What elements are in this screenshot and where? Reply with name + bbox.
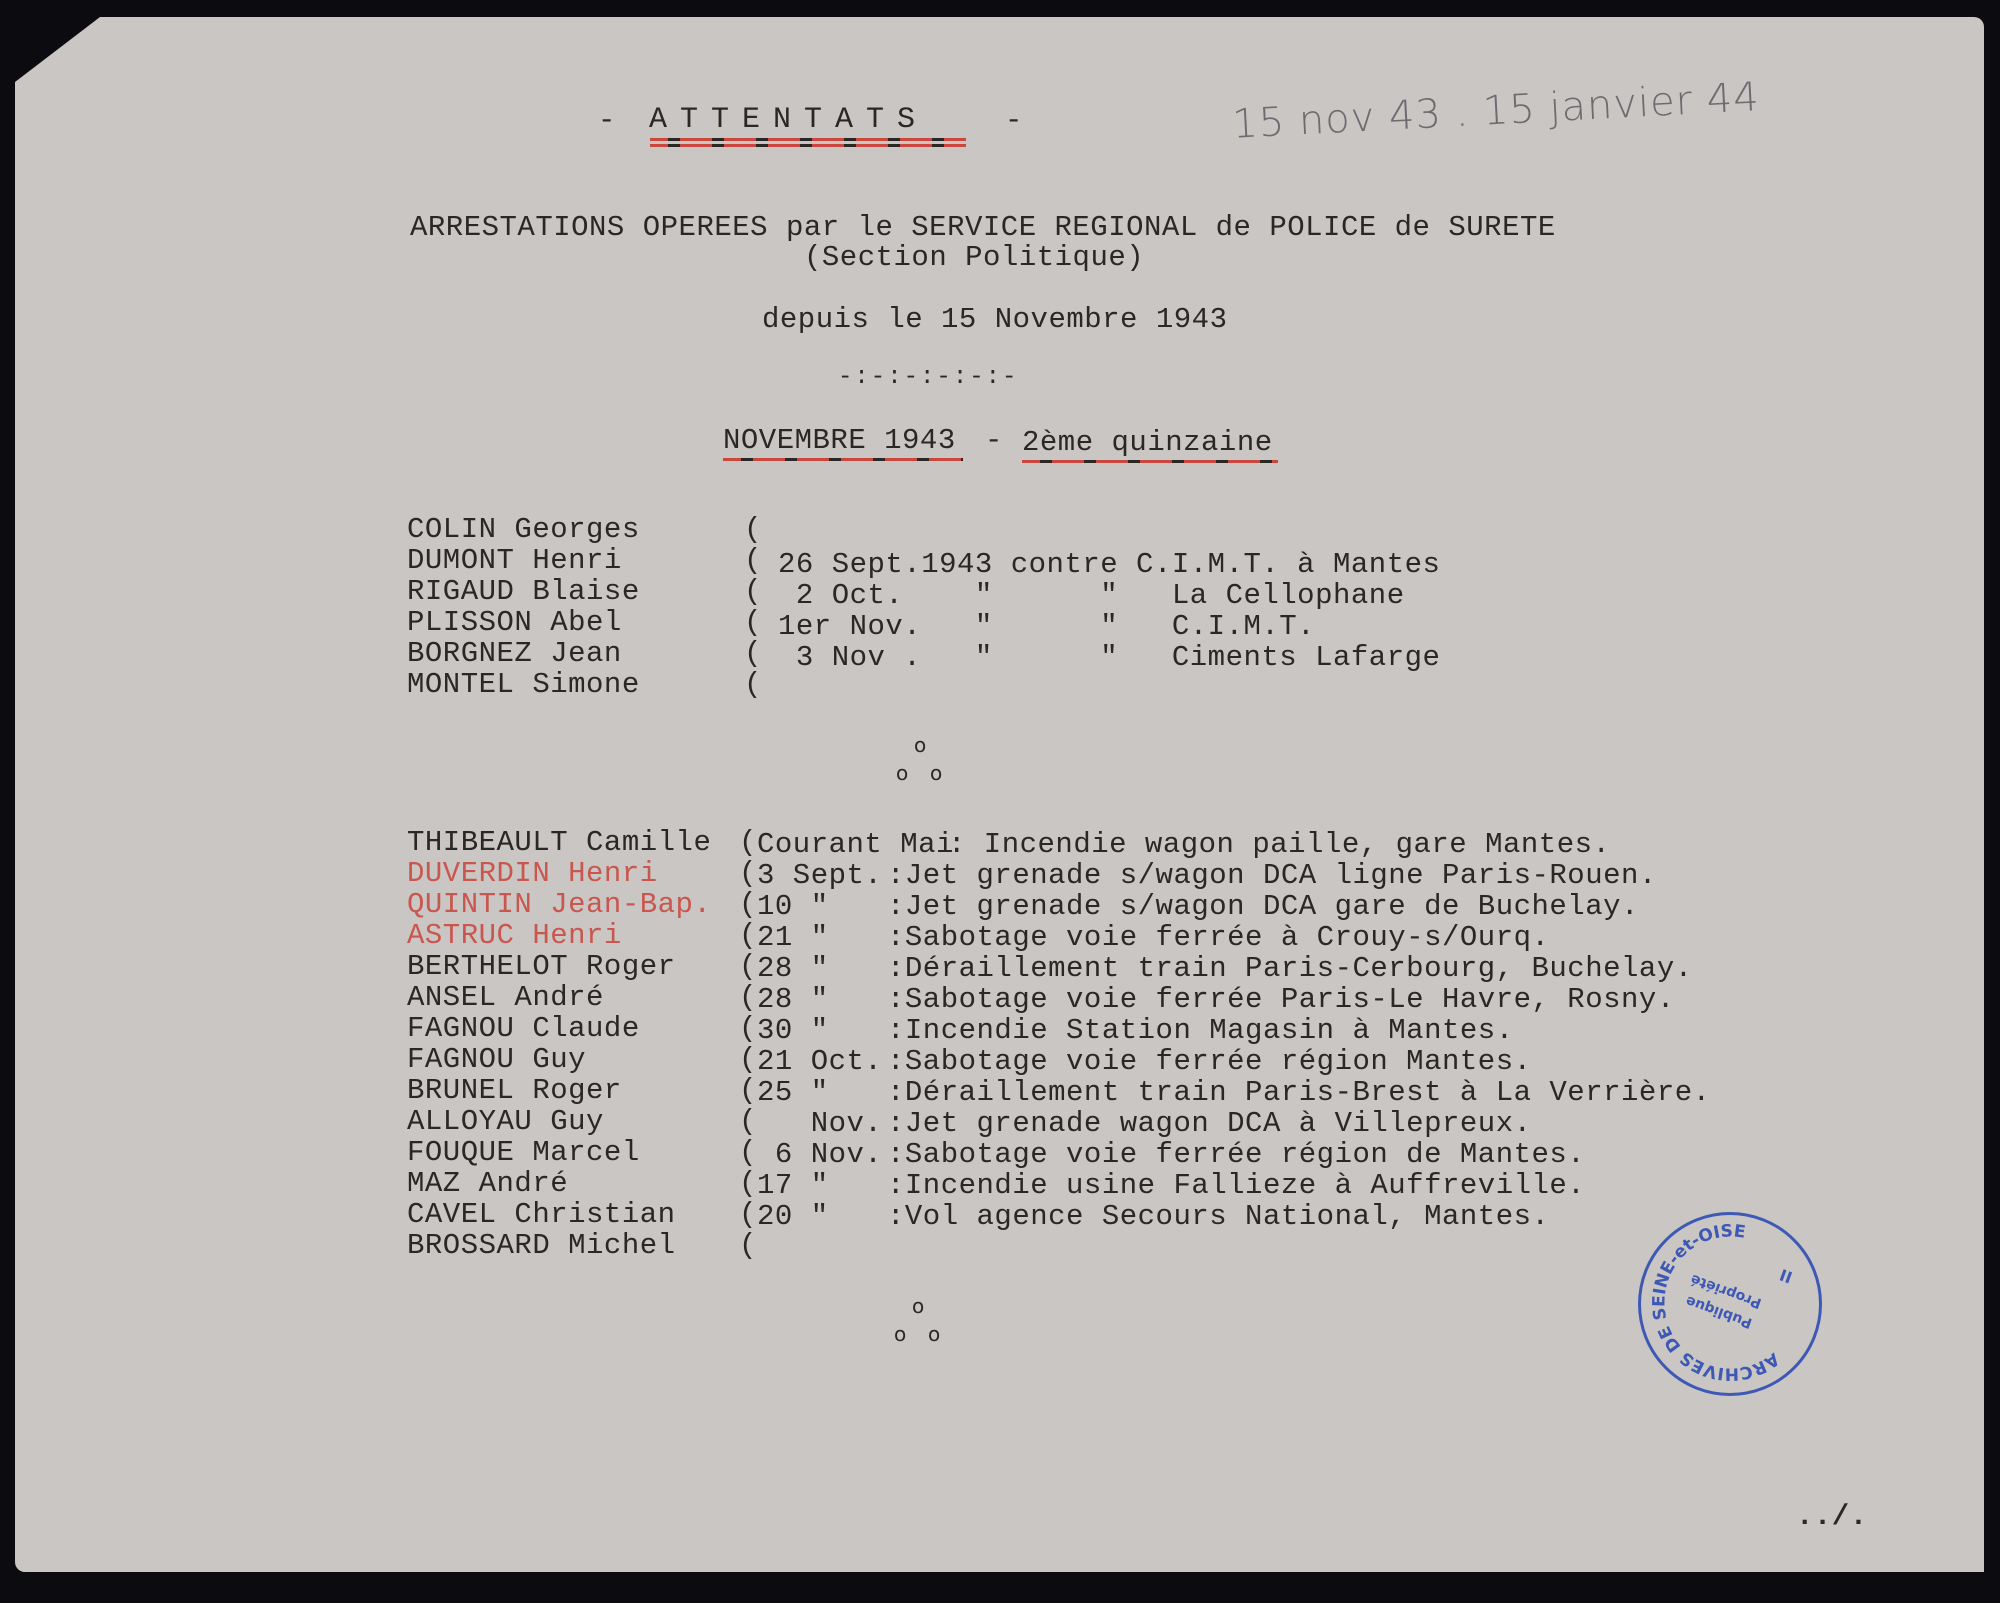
document-title: ATTENTATS xyxy=(649,105,928,135)
circle-icon: o xyxy=(928,1322,940,1346)
period-half-underline xyxy=(1022,460,1278,463)
period-month-underline xyxy=(723,458,963,461)
bracket-glyph: ( xyxy=(739,983,757,1012)
row-fact: :Incendie Station Magasin à Mantes. xyxy=(887,1016,1514,1045)
row-name: ANSEL André xyxy=(407,983,604,1012)
bracket-glyph: ( xyxy=(744,639,762,670)
archive-stamp: ARCHIVES DE SEINE-et-OISE Publique Propr… xyxy=(1638,1212,1822,1396)
group-1-name: BORGNEZ Jean xyxy=(407,639,640,670)
title-underline-2 xyxy=(650,144,966,147)
bracket-glyph: ( xyxy=(739,890,757,919)
row-date: Courant Mai xyxy=(757,830,954,859)
bracket-glyph: ( xyxy=(739,1231,757,1260)
circle-icon: o xyxy=(896,761,908,785)
bracket-glyph: ( xyxy=(739,828,757,857)
row-fact: :Incendie usine Fallieze à Auffreville. xyxy=(887,1171,1585,1200)
group-1-fact: 26 Sept.1943 contre C.I.M.T. à Mantes xyxy=(778,550,1440,581)
row-date: 20 " xyxy=(757,1202,829,1231)
row-fact: :Jet grenade s/wagon DCA gare de Buchela… xyxy=(887,892,1639,921)
bracket-glyph: ( xyxy=(739,1045,757,1074)
period-half: 2ème quinzaine xyxy=(1022,428,1273,457)
row-date: 21 Oct. xyxy=(757,1047,882,1076)
title-underline xyxy=(650,138,966,141)
row-fact: :Sabotage voie ferrée région Mantes. xyxy=(887,1047,1532,1076)
row-date: 28 " xyxy=(757,954,829,983)
row-fact: :Sabotage voie ferrée Paris-Le Havre, Ro… xyxy=(887,985,1675,1014)
group-1-brackets: ( ( ( ( ( ( xyxy=(744,515,762,701)
group-1-fact: 2 Oct. " " La Cellophane xyxy=(778,581,1440,612)
circle-icon: o xyxy=(930,761,942,785)
row-fact: :Jet grenade wagon DCA à Villepreux. xyxy=(887,1109,1532,1138)
row-date: 3 Sept. xyxy=(757,861,882,890)
row-date: 30 " xyxy=(757,1016,829,1045)
bracket-glyph: ( xyxy=(739,859,757,888)
group-1-facts: 26 Sept.1943 contre C.I.M.T. à Mantes 2 … xyxy=(778,515,1440,701)
bracket-glyph: ( xyxy=(739,1200,757,1229)
row-fact: :Déraillement train Paris-Cerbourg, Buch… xyxy=(887,954,1693,983)
group-1-fact xyxy=(778,515,1440,546)
row-date: 21 " xyxy=(757,923,829,952)
bracket-glyph: ( xyxy=(744,670,762,701)
row-fact: :Jet grenade s/wagon DCA ligne Paris-Rou… xyxy=(887,861,1657,890)
bracket-glyph: ( xyxy=(744,546,762,577)
bracket-glyph: ( xyxy=(739,1107,757,1136)
bracket-glyph: ( xyxy=(744,608,762,639)
row-name: CAVEL Christian xyxy=(407,1200,676,1229)
row-name: BROSSARD Michel xyxy=(407,1231,676,1260)
row-fact: :Vol agence Secours National, Mantes. xyxy=(887,1202,1549,1231)
row-name: FAGNOU Claude xyxy=(407,1014,640,1043)
bracket-glyph: ( xyxy=(739,1076,757,1105)
row-date: Nov. xyxy=(757,1109,882,1138)
row-name: BRUNEL Roger xyxy=(407,1076,622,1105)
row-name: QUINTIN Jean-Bap. xyxy=(407,890,711,919)
heading-line-1: ARRESTATIONS OPEREES par le SERVICE REGI… xyxy=(410,213,1556,242)
row-date: 10 " xyxy=(757,892,829,921)
since-date-line: depuis le 15 Novembre 1943 xyxy=(762,305,1227,334)
heading-line-2: (Section Politique) xyxy=(804,243,1144,272)
row-name: BERTHELOT Roger xyxy=(407,952,676,981)
group-1-name: MONTEL Simone xyxy=(407,670,640,701)
bracket-glyph: ( xyxy=(739,1014,757,1043)
bracket-glyph: ( xyxy=(739,1138,757,1167)
svg-text:II: II xyxy=(1777,1265,1795,1287)
stamp-icon: ARCHIVES DE SEINE-et-OISE Publique Propr… xyxy=(1641,1215,1819,1393)
group-1-fact: 1er Nov. " " C.I.M.T. xyxy=(778,612,1440,643)
row-date: 6 Nov. xyxy=(757,1140,882,1169)
group-1-name: RIGAUD Blaise xyxy=(407,577,640,608)
group-1-names: COLIN Georges DUMONT Henri RIGAUD Blaise… xyxy=(407,515,640,701)
row-name: DUVERDIN Henri xyxy=(407,859,658,888)
group-1-name: COLIN Georges xyxy=(407,515,640,546)
row-name: FOUQUE Marcel xyxy=(407,1138,640,1167)
title-dash-right: - xyxy=(1005,106,1023,135)
row-date: 25 " xyxy=(757,1078,829,1107)
bracket-glyph: ( xyxy=(739,1169,757,1198)
row-name: MAZ André xyxy=(407,1169,568,1198)
row-name: ASTRUC Henri xyxy=(407,921,622,950)
group-1-name: PLISSON Abel xyxy=(407,608,640,639)
row-name: THIBEAULT Camille xyxy=(407,828,711,857)
bracket-glyph: ( xyxy=(744,515,762,546)
row-fact: : Incendie wagon paille, gare Mantes. xyxy=(948,830,1610,859)
circle-icon: o xyxy=(894,1322,906,1346)
row-fact: :Déraillement train Paris-Brest à La Ver… xyxy=(887,1078,1711,1107)
period-month: NOVEMBRE 1943 xyxy=(723,426,956,455)
row-date: 17 " xyxy=(757,1171,829,1200)
row-fact: :Sabotage voie ferrée région de Mantes. xyxy=(887,1140,1585,1169)
row-name: FAGNOU Guy xyxy=(407,1045,586,1074)
continuation-mark: ../. xyxy=(1796,1502,1868,1531)
bracket-glyph: ( xyxy=(739,921,757,950)
title-dash-left: - xyxy=(598,106,616,135)
row-fact: :Sabotage voie ferrée à Crouy-s/Ourq. xyxy=(887,923,1549,952)
row-date: 28 " xyxy=(757,985,829,1014)
group-1-name: DUMONT Henri xyxy=(407,546,640,577)
bracket-glyph: ( xyxy=(739,952,757,981)
circle-icon: o xyxy=(914,733,926,757)
row-name: ALLOYAU Guy xyxy=(407,1107,604,1136)
circle-icon: o xyxy=(912,1294,924,1318)
period-dash: - xyxy=(985,426,1003,455)
separator-line: -:-:-:-:-:- xyxy=(838,366,1018,390)
bracket-glyph: ( xyxy=(744,577,762,608)
group-1-fact xyxy=(778,670,1440,701)
